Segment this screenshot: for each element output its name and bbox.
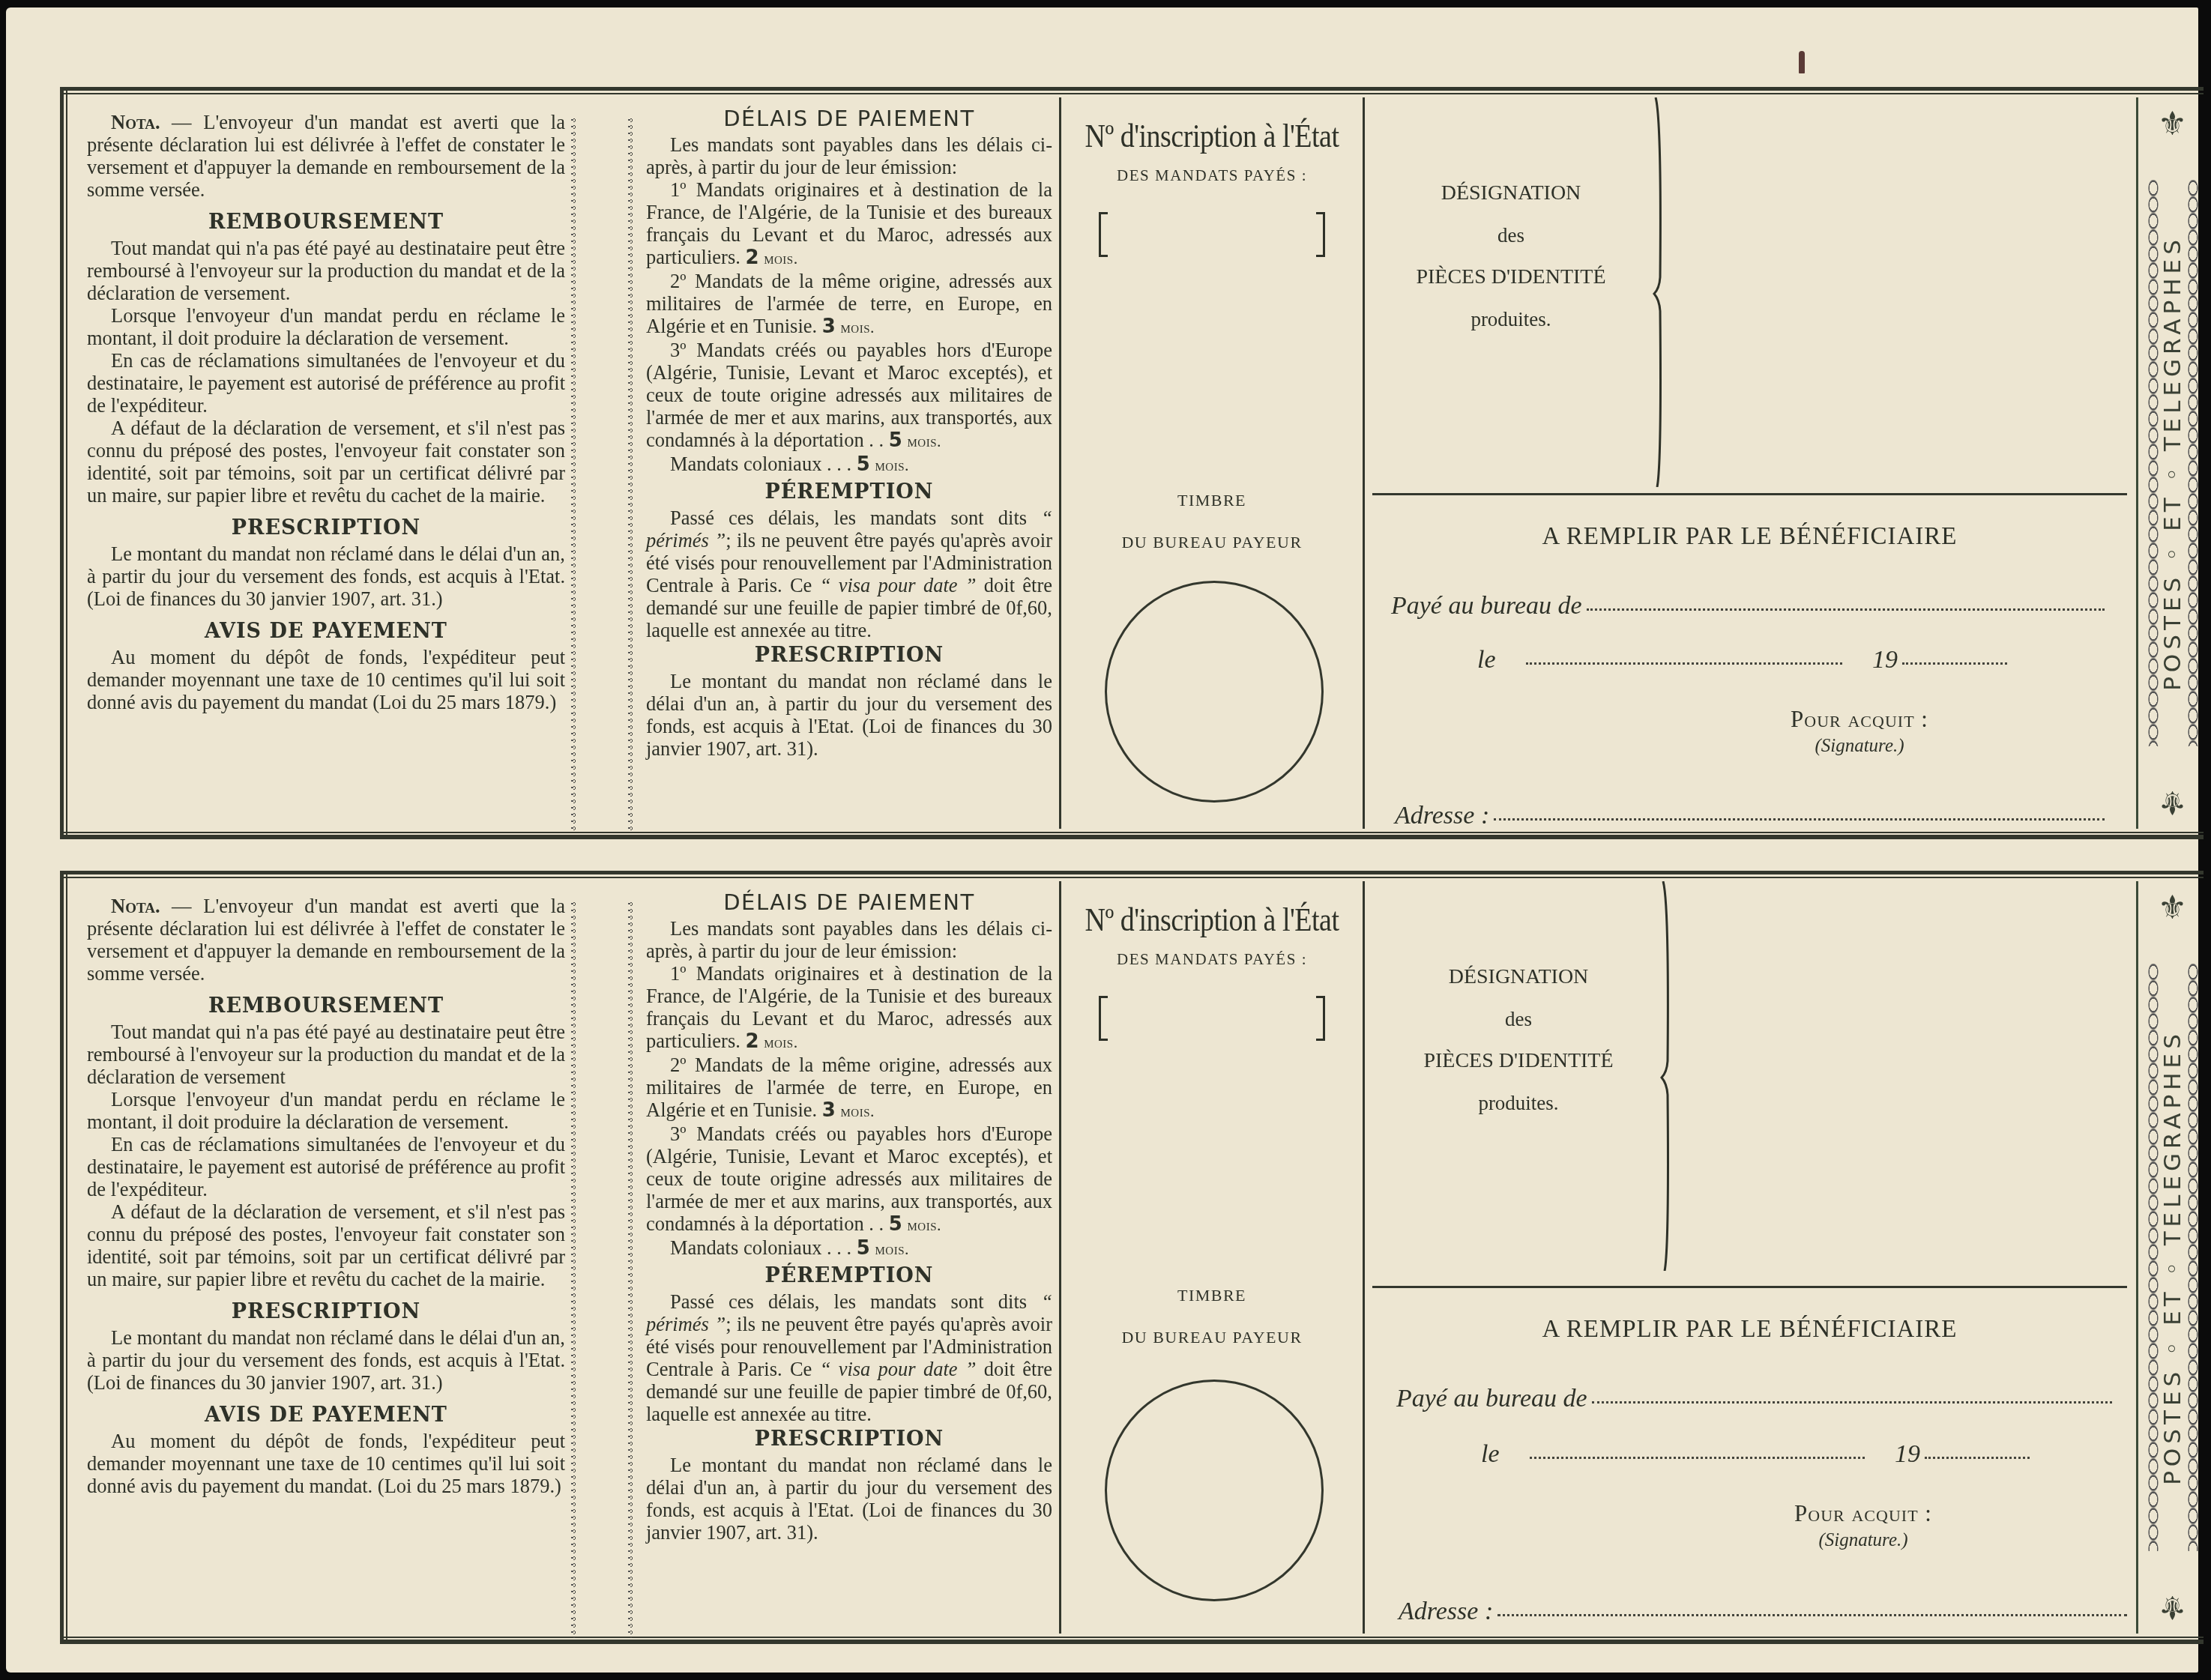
section-divider: [1372, 493, 2127, 495]
designation-line: produites.: [1372, 1082, 1665, 1124]
bead-border: [2187, 180, 2199, 746]
side-band: ⚜ POSTES ◦ ET ◦ TELEGRAPHES ⚜: [2136, 881, 2204, 1634]
quote-visa: “ visa pour date ”: [820, 574, 977, 596]
inscription-column: Nº d'inscription à l'État DES MANDATS PA…: [1059, 881, 1363, 1634]
beneficiary-title: A REMPLIR PAR LE BÉNÉFICIAIRE: [1365, 1316, 2135, 1344]
months-number: 3: [822, 1099, 836, 1122]
remboursement-p3: En cas de réclamations simultanées de l'…: [87, 1133, 565, 1200]
identity-documents-field[interactable]: [1680, 105, 2120, 480]
frame-border-top: [60, 87, 2204, 94]
frame-border-left: [60, 871, 67, 1644]
delais-intro: Les mandats sont payables dans les délai…: [646, 917, 1052, 962]
identity-designation: DÉSIGNATION des PIÈCES D'IDENTITÉ produi…: [1365, 97, 1657, 495]
acquit-block: Pour acquit :(Signature.): [1743, 1500, 1983, 1551]
perforation-divider: [571, 901, 579, 1638]
avis-heading: AVIS DE PAYEMENT: [87, 620, 565, 643]
delais-item-1: 1º Mandats originaires et à destination …: [646, 962, 1052, 1054]
delais-heading: DÉLAIS DE PAIEMENT: [646, 106, 1052, 130]
inscription-column: Nº d'inscription à l'État DES MANDATS PA…: [1059, 97, 1363, 829]
ink-mark: [1799, 51, 1805, 73]
item-text: 3º Mandats créés ou payables hors d'Euro…: [646, 339, 1052, 451]
inscription-title: Nº d'inscription à l'État: [1061, 118, 1363, 156]
identity-designation: DÉSIGNATION des PIÈCES D'IDENTITÉ produi…: [1372, 881, 1665, 1278]
acquit-label: Pour acquit :: [1794, 1500, 1932, 1526]
acquit-block: Pour acquit :(Signature.): [1740, 706, 1979, 757]
coupon-top: Nota. — L'envoyeur d'un mandat est avert…: [60, 87, 2204, 839]
item-text: 1º Mandats originaires et à destination …: [646, 962, 1052, 1052]
prescription-text: Le montant du mandat non réclamé dans le…: [87, 543, 565, 610]
designation-line: PIÈCES D'IDENTITÉ: [1372, 1040, 1665, 1082]
item-text: Mandats coloniaux . . .: [670, 1236, 851, 1259]
inscription-number-field[interactable]: [1061, 996, 1363, 1056]
adresse-label: Adresse :: [1395, 802, 1489, 830]
stamp-circle[interactable]: [1105, 1380, 1324, 1601]
signature-label[interactable]: (Signature.): [1740, 736, 1979, 757]
remboursement-heading: REMBOURSEMENT: [87, 211, 565, 234]
paye-bureau-field[interactable]: Payé au bureau de: [1396, 1385, 2112, 1413]
adresse-field[interactable]: Adresse :: [1399, 1598, 2127, 1626]
identity-documents-field[interactable]: [1687, 889, 2120, 1263]
avis-text: Au moment du dépôt de fonds, l'expéditeu…: [87, 1430, 565, 1497]
frame-border-left: [60, 87, 67, 839]
bead-border: [2147, 964, 2159, 1551]
date-field[interactable]: le19: [1481, 1440, 2030, 1469]
beneficiary-section: DÉSIGNATION des PIÈCES D'IDENTITÉ produi…: [1363, 881, 2135, 1634]
brace-icon: [1653, 97, 1668, 487]
nota-label: Nota.: [111, 111, 160, 133]
designation-line: des: [1365, 214, 1657, 256]
dotted-line: [1925, 1457, 2030, 1459]
months-unit: mois.: [875, 456, 909, 474]
months-unit: mois.: [841, 1102, 875, 1120]
item-text: 1º Mandats originaires et à destination …: [646, 178, 1052, 268]
bracket-right-icon: [1316, 996, 1325, 1041]
dotted-line: [1494, 818, 2105, 821]
remboursement-p4: A défaut de la déclaration de versement,…: [87, 417, 565, 507]
fleuron-ornament-icon: ⚜: [2144, 1590, 2201, 1623]
inscription-subtitle: DES MANDATS PAYÉS :: [1061, 950, 1363, 969]
stamp-label-line1: TIMBRE: [1061, 480, 1363, 522]
inscription-title: Nº d'inscription à l'État: [1061, 901, 1363, 940]
bracket-left-icon: [1099, 996, 1108, 1041]
adresse-label: Adresse :: [1399, 1598, 1493, 1626]
dotted-line: [1530, 1457, 1865, 1459]
le-label: le: [1477, 646, 1496, 674]
peremption-heading: PÉREMPTION: [646, 1265, 1052, 1287]
months-unit: mois.: [875, 1239, 909, 1258]
remboursement-p4: A défaut de la déclaration de versement,…: [87, 1200, 565, 1290]
postes-telegraphes-label: POSTES ◦ ET ◦ TELEGRAPHES: [2159, 1030, 2186, 1485]
bead-border: [2147, 180, 2159, 746]
fleuron-ornament-icon: ⚜: [2144, 892, 2201, 925]
remboursement-p2: Lorsque l'envoyeur d'un mandat perdu en …: [87, 1088, 565, 1133]
prescription-text: Le montant du mandat non réclamé dans le…: [87, 1326, 565, 1394]
remboursement-p3: En cas de réclamations simultanées de l'…: [87, 349, 565, 417]
beneficiary-title: A REMPLIR PAR LE BÉNÉFICIAIRE: [1365, 523, 2135, 551]
prescription-heading: PRESCRIPTION: [87, 1301, 565, 1323]
designation-line: des: [1372, 998, 1665, 1040]
prescription-text: Le montant du mandat non réclamé dans le…: [646, 670, 1052, 760]
nota-paragraph: Nota. — L'envoyeur d'un mandat est avert…: [87, 111, 565, 201]
delais-intro: Les mandats sont payables dans les délai…: [646, 133, 1052, 178]
months-number: 2: [745, 1030, 758, 1053]
peremption-text: Passé ces délais, les mandats sont dits …: [646, 1290, 1052, 1425]
months-number: 5: [857, 453, 870, 476]
bracket-right-icon: [1316, 212, 1325, 257]
remboursement-heading: REMBOURSEMENT: [87, 995, 565, 1018]
designation-line: produites.: [1365, 298, 1657, 340]
le-label: le: [1481, 1440, 1500, 1469]
side-band: ⚜ POSTES ◦ ET ◦ TELEGRAPHES ⚜: [2136, 97, 2204, 829]
dotted-line: [1497, 1614, 2127, 1616]
paye-bureau-label: Payé au bureau de: [1391, 592, 1582, 620]
notice-column: Nota. — L'envoyeur d'un mandat est avert…: [73, 97, 574, 829]
postes-telegraphes-label: POSTES ◦ ET ◦ TELEGRAPHES: [2159, 235, 2186, 691]
fleuron-ornament-icon: ⚜: [2144, 785, 2201, 818]
delais-item-1: 1º Mandats originaires et à destination …: [646, 178, 1052, 270]
months-number: 2: [745, 247, 758, 269]
months-unit: mois.: [908, 1215, 942, 1234]
peremption-text: Passé ces délais, les mandats sont dits …: [646, 507, 1052, 641]
prescription-text: Le montant du mandat non réclamé dans le…: [646, 1454, 1052, 1544]
months-unit: mois.: [908, 432, 942, 450]
prescription-heading: PRESCRIPTION: [646, 1428, 1052, 1451]
stamp-label-line1: TIMBRE: [1061, 1275, 1363, 1317]
designation-line: DÉSIGNATION: [1372, 956, 1665, 998]
stamp-circle[interactable]: [1105, 581, 1324, 803]
dotted-line: [1592, 1401, 2112, 1403]
stamp-label-line2: DU BUREAU PAYEUR: [1061, 1317, 1363, 1359]
months-unit: mois.: [841, 318, 875, 336]
frame-border-top: [60, 871, 2204, 878]
stamp-label: TIMBRE DU BUREAU PAYEUR: [1061, 1275, 1363, 1359]
avis-heading: AVIS DE PAYEMENT: [87, 1404, 565, 1427]
months-number: 5: [889, 1213, 902, 1236]
months-unit: mois.: [764, 1033, 798, 1051]
peremption-heading: PÉREMPTION: [646, 481, 1052, 504]
text-part: Passé ces délais, les mandats sont dits: [670, 507, 1041, 529]
remboursement-p1: Tout mandat qui n'a pas été payé au dest…: [87, 1021, 565, 1088]
notice-column: Nota. — L'envoyeur d'un mandat est avert…: [73, 881, 574, 1634]
dotted-line: [1587, 608, 2105, 611]
paye-bureau-label: Payé au bureau de: [1396, 1385, 1587, 1413]
designation-line: PIÈCES D'IDENTITÉ: [1365, 256, 1657, 298]
nota-paragraph: Nota. — L'envoyeur d'un mandat est avert…: [87, 895, 565, 985]
stamp-label: TIMBRE DU BUREAU PAYEUR: [1061, 480, 1363, 563]
coupon-bottom: Nota. — L'envoyeur d'un mandat est avert…: [60, 871, 2204, 1644]
remboursement-p1: Tout mandat qui n'a pas été payé au dest…: [87, 237, 565, 304]
frame-border-bottom: [60, 1637, 2204, 1644]
stamp-label-line2: DU BUREAU PAYEUR: [1061, 522, 1363, 563]
paye-bureau-field[interactable]: Payé au bureau de: [1391, 592, 2105, 620]
delais-item-3: 3º Mandats créés ou payables hors d'Euro…: [646, 339, 1052, 453]
frame-border-bottom: [60, 832, 2204, 839]
acquit-label: Pour acquit :: [1791, 706, 1928, 732]
item-text: 3º Mandats créés ou payables hors d'Euro…: [646, 1122, 1052, 1235]
delais-column: DÉLAIS DE PAIEMENT Les mandats sont paya…: [634, 881, 1058, 1634]
nota-label: Nota.: [111, 895, 160, 917]
months-unit: mois.: [764, 249, 798, 268]
item-text: Mandats coloniaux . . .: [670, 453, 851, 475]
delais-item-4: Mandats coloniaux . . . 5 mois.: [646, 453, 1052, 477]
year-label: 19: [1895, 1440, 1920, 1469]
brace-icon: [1660, 881, 1675, 1271]
delais-item-4: Mandats coloniaux . . . 5 mois.: [646, 1236, 1052, 1260]
text-part: Passé ces délais, les mandats sont dits: [670, 1290, 1041, 1313]
beneficiary-section: DÉSIGNATION des PIÈCES D'IDENTITÉ produi…: [1363, 97, 2135, 829]
year-label: 19: [1872, 646, 1898, 674]
dotted-line: [1526, 662, 1842, 665]
months-number: 5: [889, 429, 902, 452]
date-field[interactable]: le19: [1477, 646, 2007, 674]
inscription-subtitle: DES MANDATS PAYÉS :: [1061, 166, 1363, 185]
delais-heading: DÉLAIS DE PAIEMENT: [646, 890, 1052, 914]
prescription-heading: PRESCRIPTION: [646, 644, 1052, 667]
dotted-line: [1902, 662, 2007, 665]
designation-line: DÉSIGNATION: [1365, 172, 1657, 214]
adresse-field[interactable]: Adresse :: [1395, 802, 2105, 830]
delais-item-2: 2º Mandats de la même origine, adressés …: [646, 270, 1052, 339]
bead-border: [2187, 964, 2199, 1551]
fleuron-ornament-icon: ⚜: [2144, 108, 2201, 141]
delais-item-2: 2º Mandats de la même origine, adressés …: [646, 1054, 1052, 1122]
avis-text: Au moment du dépôt de fonds, l'expéditeu…: [87, 646, 565, 713]
perforation-divider: [571, 117, 579, 833]
prescription-heading: PRESCRIPTION: [87, 517, 565, 540]
bracket-left-icon: [1099, 212, 1108, 257]
quote-visa: “ visa pour date ”: [820, 1358, 977, 1380]
postal-form-sheet: Nota. — L'envoyeur d'un mandat est avert…: [6, 7, 2198, 1673]
delais-item-3: 3º Mandats créés ou payables hors d'Euro…: [646, 1122, 1052, 1236]
inscription-number-field[interactable]: [1061, 212, 1363, 272]
signature-label[interactable]: (Signature.): [1743, 1530, 1983, 1551]
months-number: 5: [857, 1237, 870, 1260]
delais-column: DÉLAIS DE PAIEMENT Les mandats sont paya…: [634, 97, 1058, 829]
section-divider: [1372, 1286, 2127, 1288]
months-number: 3: [822, 315, 836, 338]
remboursement-p2: Lorsque l'envoyeur d'un mandat perdu en …: [87, 304, 565, 349]
